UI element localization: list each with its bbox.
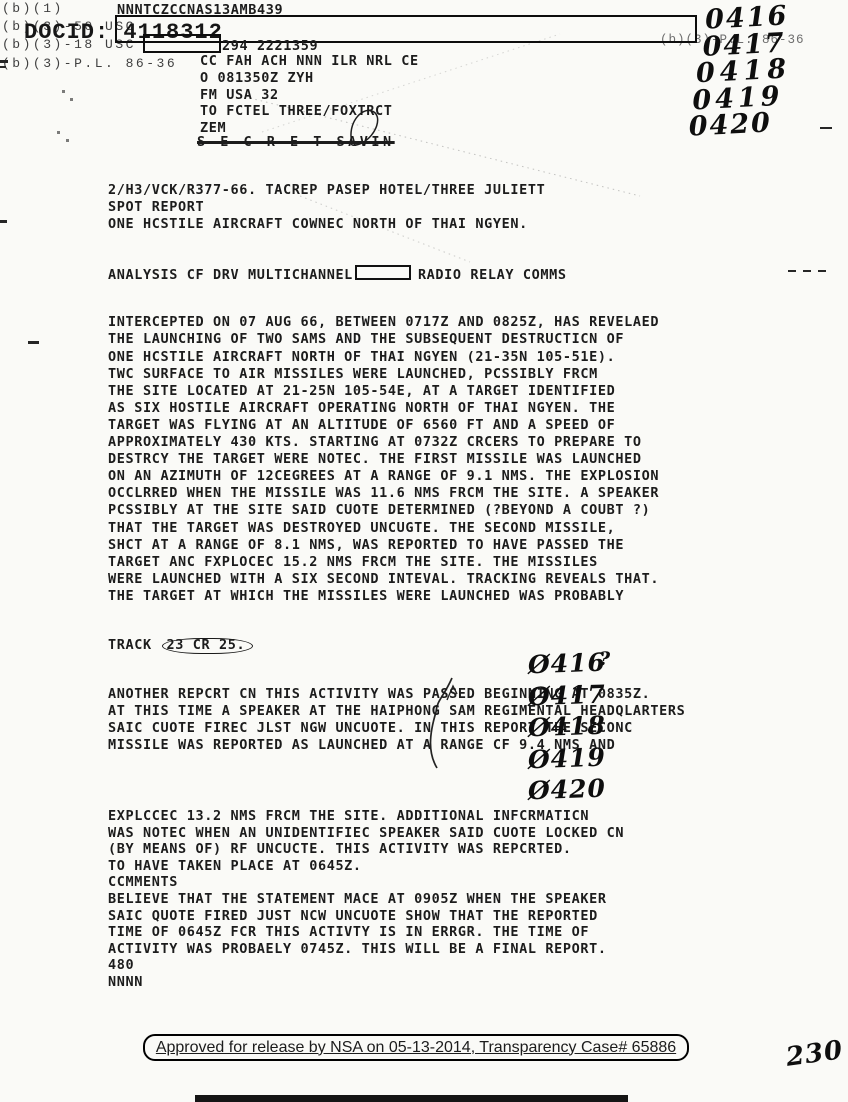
scan-artifact	[788, 270, 796, 272]
document-line: INTERCEPTED ON 07 AUG 66, BETWEEN 0717Z …	[108, 314, 685, 331]
scan-artifact	[0, 220, 7, 223]
approval-release-stamp: Approved for release by NSA on 05-13-201…	[143, 1034, 689, 1061]
scan-speck	[57, 131, 60, 134]
redaction-box-inline	[355, 265, 411, 280]
document-line: TO HAVE TAKEN PLACE AT 0645Z.	[108, 858, 624, 875]
redaction-box	[143, 34, 221, 53]
handwritten-serial: 0420	[688, 109, 794, 141]
circled-track-number: 23 CR 25.	[162, 638, 254, 654]
document-line: 2/H3/VCK/R377-66. TACREP PASEP HOTEL/THR…	[108, 182, 685, 199]
document-line: NNNN	[108, 974, 624, 991]
scan-artifact	[0, 66, 6, 68]
document-line: THE SITE LOCATED AT 21-25N 105-54E, AT A…	[108, 383, 685, 400]
document-line: ACTIVITY WAS PROBAELY 0745Z. THIS WILL B…	[108, 941, 624, 958]
scan-speck	[62, 90, 65, 93]
handwritten-serial-numbers-middle: Ø416Ø417Ø418Ø419Ø420	[528, 649, 606, 807]
document-line: SHCT AT A RANGE OF 8.1 NMS, WAS REPORTED…	[108, 537, 685, 554]
document-line: CCMMENTS	[108, 874, 624, 891]
routing-lines: CC FAH ACH NNN ILR NRL CEO 081350Z ZYHFM…	[200, 53, 419, 137]
routing-serial: 294 2221359	[222, 38, 318, 54]
document-line: SAIC QUOTE FIRED JUST NCW UNCUOTE SHOW T…	[108, 908, 624, 925]
document-line: THAT THE TARGET WAS DESTROYED UNCUGTE. T…	[108, 520, 685, 537]
document-line: SPOT REPORT	[108, 199, 685, 216]
document-line: ON AN AZIMUTH OF 12CEGREES AT A RANGE OF…	[108, 468, 685, 485]
document-line: AS SIX HOSTILE AIRCRAFT OPERATING NORTH …	[108, 400, 685, 417]
document-line: THE LAUNCHING OF TWO SAMS AND THE SUBSEQ…	[108, 331, 685, 348]
document-line: APPROXIMATELY 430 KTS. STARTING AT 0732Z…	[108, 434, 685, 451]
foia-label-b1: (b)(1)	[2, 1, 64, 16]
document-line: ONE HCSTILE AIRCRAFT NORTH OF THAI NGYEN…	[108, 349, 685, 366]
document-line: TARGET WAS FLYING AT AN ALTITUDE OF 6560…	[108, 417, 685, 434]
document-line: TWC SURFACE TO AIR MISSILES WERE LAUNCHE…	[108, 366, 685, 383]
redacted-line-post: RADIO RELAY COMMS	[418, 267, 567, 283]
handwritten-page-number: 230	[784, 1035, 845, 1073]
approval-text: Approved for release by NSA on 05-13-201…	[156, 1039, 676, 1057]
document-line: TIME OF 0645Z FCR THIS ACTIVTY IS IN ERR…	[108, 924, 624, 941]
document-line: 480	[108, 957, 624, 974]
document-line: BELIEVE THAT THE STATEMENT MACE AT 0905Z…	[108, 891, 624, 908]
scan-speck	[66, 139, 69, 142]
document-line: WAS NOTEC WHEN AN UNIDENTIFIEC SPEAKER S…	[108, 825, 624, 842]
document-line: TARGET ANC FXPLOCEC 15.2 NMS FRCM THE SI…	[108, 554, 685, 571]
scan-artifact	[28, 341, 39, 344]
handwritten-question-mark: ?	[599, 648, 610, 670]
routing-line: O 081350Z ZYH	[200, 70, 419, 87]
body-lines: INTERCEPTED ON 07 AUG 66, BETWEEN 0717Z …	[108, 314, 685, 605]
classification-line: S E C R E T SAVIN	[197, 134, 395, 150]
handwritten-serial: Ø416	[527, 648, 606, 682]
document-line: DESTRCY THE TARGET WERE NOTEC. THE FIRST…	[108, 451, 685, 468]
scanned-document-page: (b)(1) (b)(3)-50 USC (b)(3)-18 USC (b)(3…	[0, 0, 848, 1102]
report-body-lower: EXPLCCEC 13.2 NMS FRCM THE SITE. ADDITIO…	[108, 808, 624, 991]
routing-line: FM USA 32	[200, 87, 419, 104]
routing-line: TO FCTEL THREE/FOXTRCT	[200, 103, 419, 120]
document-line: ONE HCSTILE AIRCRAFT COWNEC NORTH OF THA…	[108, 216, 685, 233]
handwritten-serial: Ø418	[527, 711, 606, 745]
redacted-line-pre: ANALYSIS CF DRV MULTICHANNEL	[108, 267, 353, 283]
scan-artifact	[820, 127, 832, 129]
document-line: THE TARGET AT WHICH THE MISSILES WERE LA…	[108, 588, 685, 605]
body-lines: 2/H3/VCK/R377-66. TACREP PASEP HOTEL/THR…	[108, 182, 685, 233]
document-line: OCCLRRED WHEN THE MISSILE WAS 11.6 NMS F…	[108, 485, 685, 502]
handwritten-serial: Ø419	[527, 742, 606, 776]
scan-artifact	[0, 60, 8, 63]
routing-line: CC FAH ACH NNN ILR NRL CE	[200, 53, 419, 70]
scan-speck	[70, 98, 73, 101]
handwritten-serial: Ø417	[527, 679, 606, 713]
document-line: EXPLCCEC 13.2 NMS FRCM THE SITE. ADDITIO…	[108, 808, 624, 825]
document-line: WERE LAUNCHED WITH A SIX SECOND INTEVAL.…	[108, 571, 685, 588]
scan-bottom-bar	[195, 1095, 628, 1102]
scan-artifact	[803, 270, 811, 272]
handwritten-serial: Ø420	[527, 774, 606, 808]
redacted-text-line: ANALYSIS CF DRV MULTICHANNELRADIO RELAY …	[108, 265, 685, 282]
handwritten-serial-numbers-top: 04160417041804190420	[683, 3, 795, 141]
track-line-pre: TRACK	[108, 637, 161, 653]
foia-label-b3-pl: (b)(3)-P.L. 86-36	[2, 56, 177, 71]
scan-artifact	[818, 270, 826, 272]
routing-channel-line: NNNTCZCCNAS13AMB439	[117, 2, 283, 18]
document-line: (BY MEANS OF) RF UNCUCTE. THIS ACTIVITY …	[108, 841, 624, 858]
document-line: PCSSIBLY AT THE SITE SAID CUOTE DETERMIN…	[108, 502, 685, 519]
